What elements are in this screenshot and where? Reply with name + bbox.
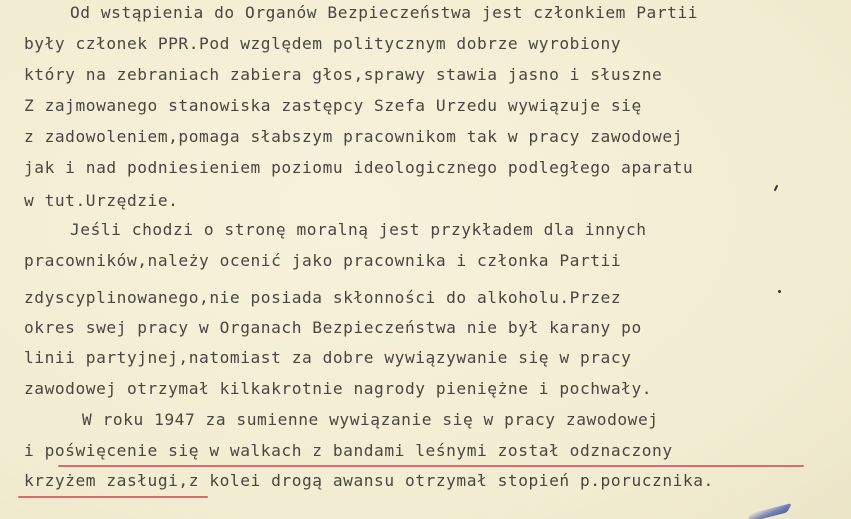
text-line-5: z zadowoleniem,pomaga słabszym pracownik… xyxy=(24,129,683,145)
ink-dot xyxy=(778,290,781,293)
text-line-10: zdyscyplinowanego,nie posiada skłonności… xyxy=(24,290,621,306)
text-line-11: okres swej pracy w Organach Bezpieczeńst… xyxy=(24,320,642,336)
text-line-1: Od wstąpienia do Organów Bezpieczeństwa … xyxy=(70,5,698,21)
pen-stroke-mark xyxy=(746,503,792,519)
text-line-6: jak i nad podniesieniem poziomu ideologi… xyxy=(24,160,693,176)
text-line-8: Jeśli chodzi o stronę moralną jest przyk… xyxy=(70,222,647,238)
typewritten-document-page: Od wstąpienia do Organów Bezpieczeństwa … xyxy=(0,0,851,519)
text-line-3: który na zebraniach zabiera głos,sprawy … xyxy=(24,67,662,83)
text-line-16: krzyżem zasługi,z kolei drogą awansu otr… xyxy=(24,473,714,489)
text-line-13: zawodowej otrzymał kilkakrotnie nagrody … xyxy=(24,381,652,397)
text-line-12: linii partyjnej,natomiast za dobre wywią… xyxy=(24,350,631,366)
ink-mark xyxy=(774,185,778,191)
red-underline-2 xyxy=(18,496,208,498)
text-line-7: w tut.Urzędzie. xyxy=(24,193,178,209)
text-line-14: W roku 1947 za sumienne wywiązanie się w… xyxy=(82,412,659,428)
red-underline-1 xyxy=(58,465,804,467)
text-line-9: pracowników,należy ocenić jako pracownik… xyxy=(24,253,621,269)
text-line-4: Z zajmowanego stanowiska zastępcy Szefa … xyxy=(24,98,642,114)
text-line-15: i poświęcenie się w walkach z bandami le… xyxy=(24,443,673,459)
text-line-2: były członek PPR.Pod względem polityczny… xyxy=(24,36,621,52)
